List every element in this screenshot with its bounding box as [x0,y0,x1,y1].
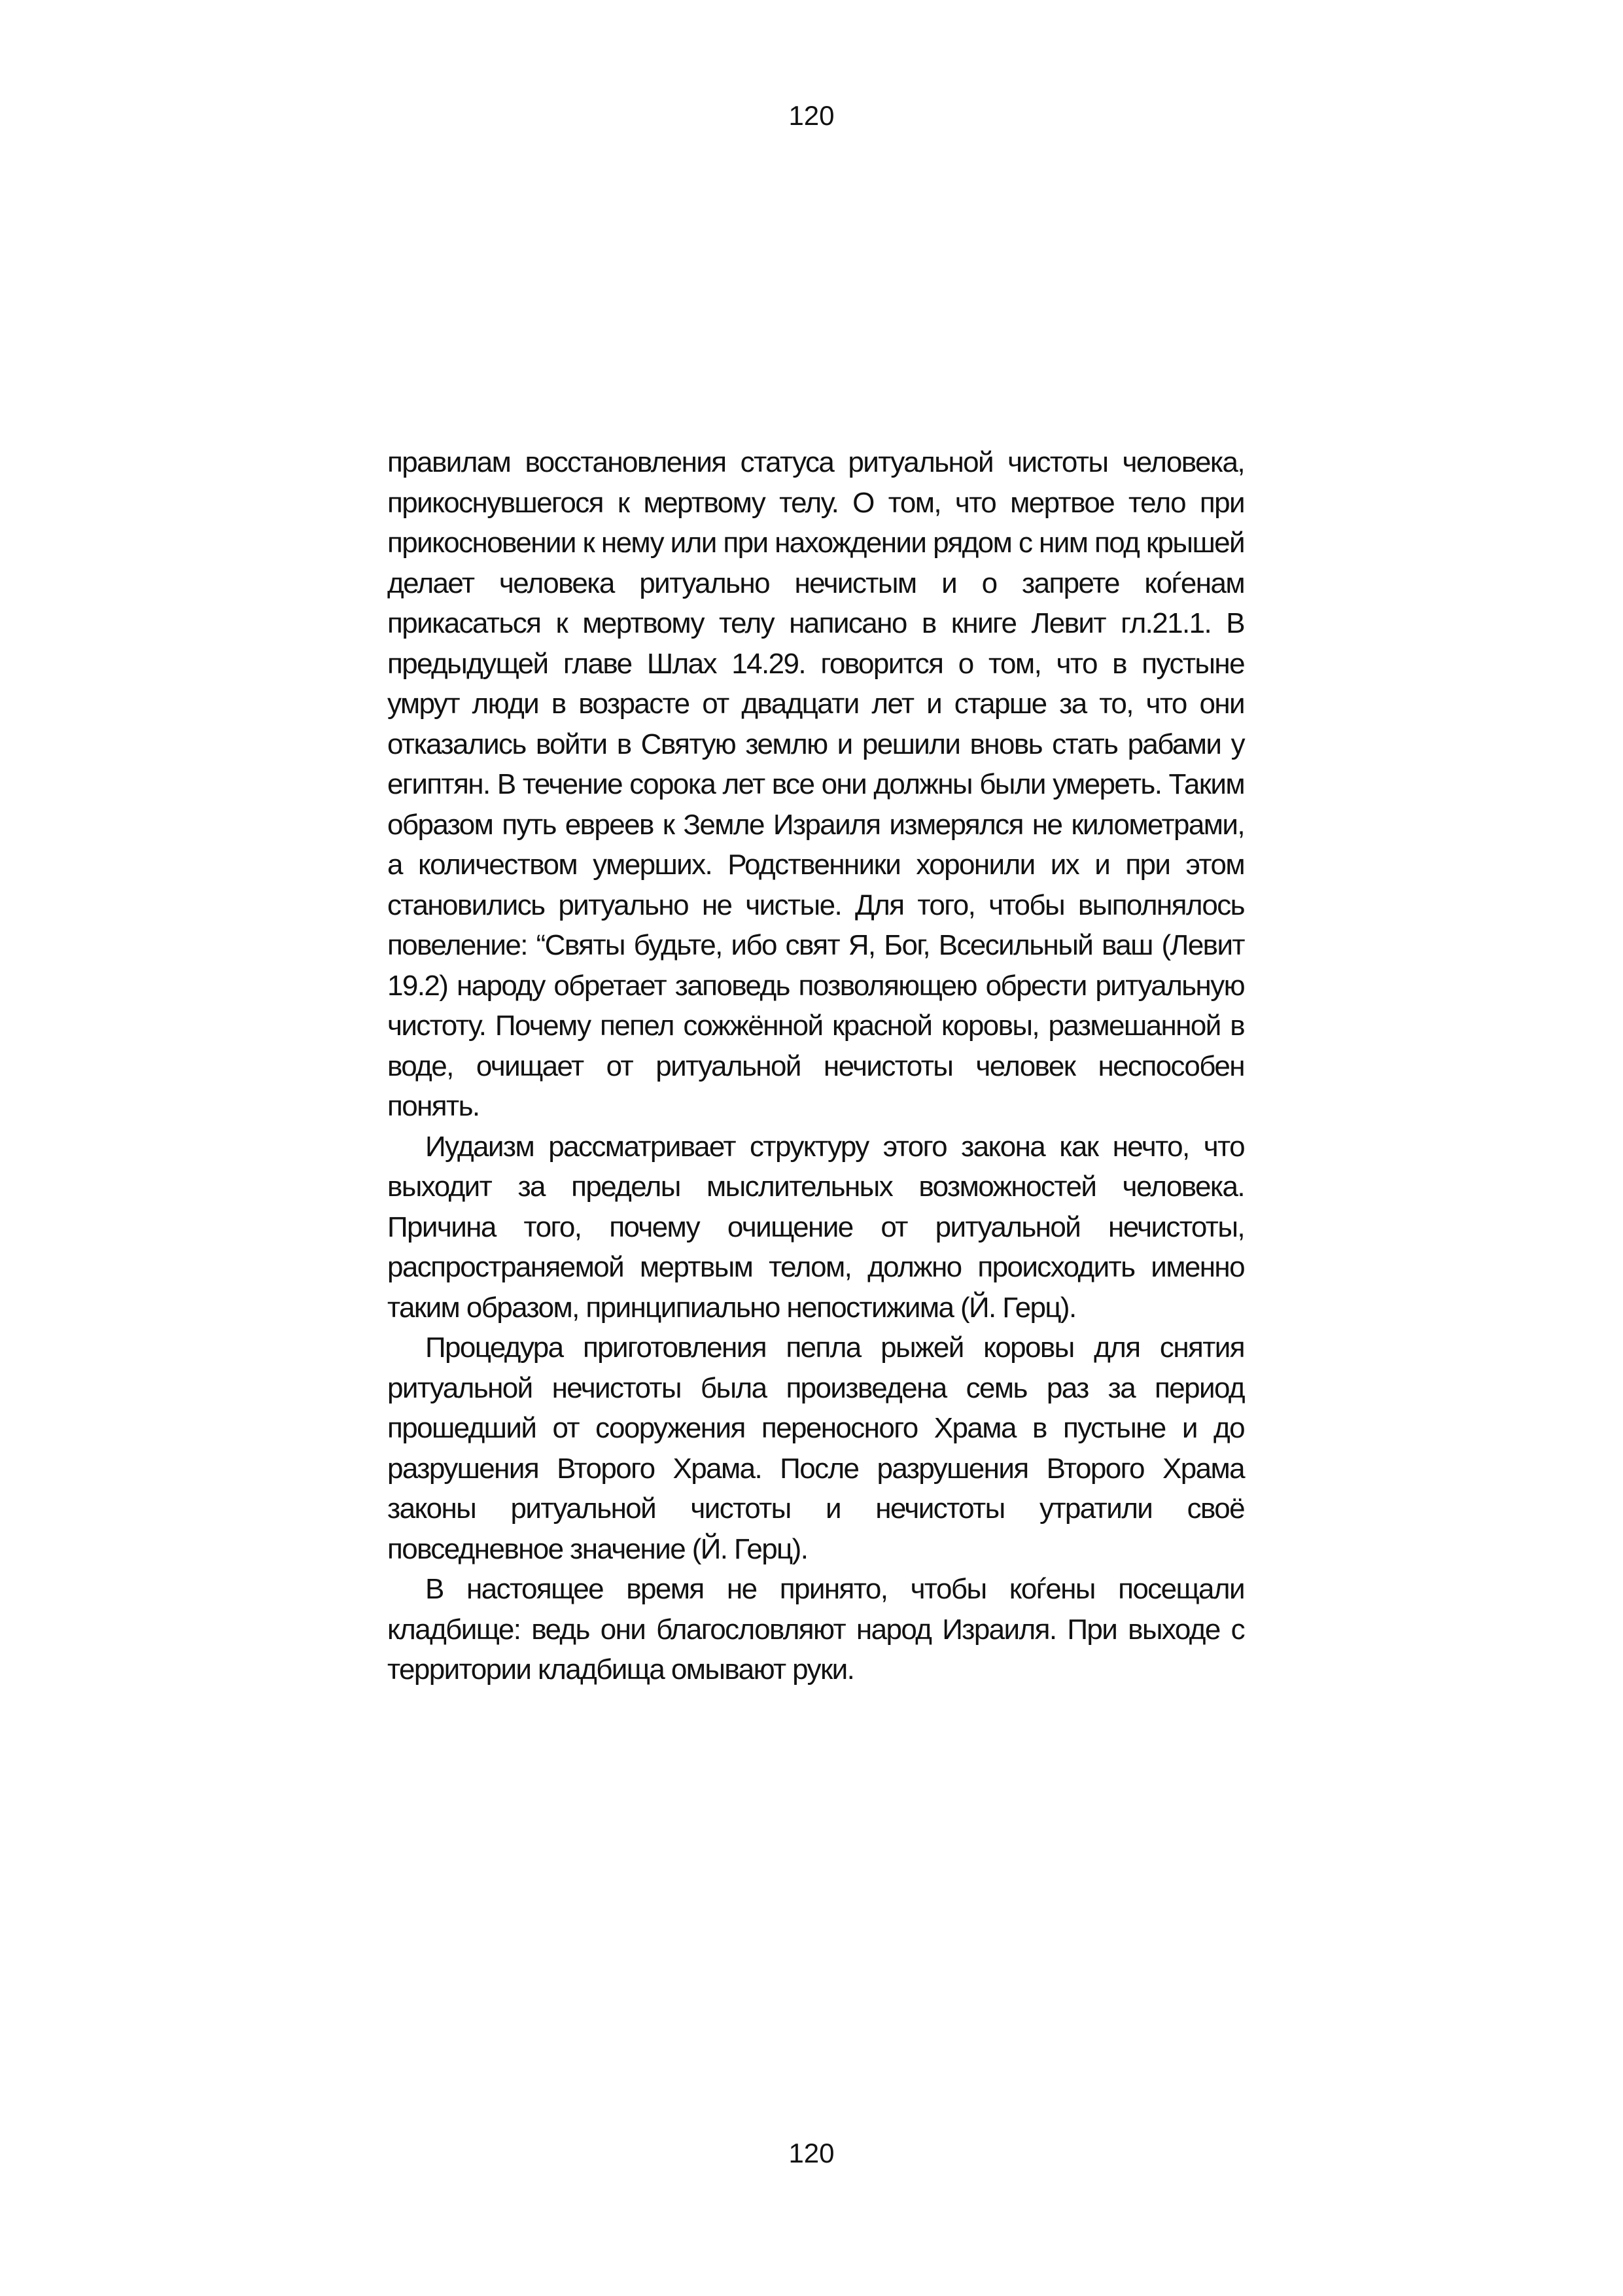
body-text: правилам восстановления статуса ритуальн… [387,442,1244,1690]
paragraph-3: Процедура приготовления пепла рыжей коро… [387,1328,1244,1569]
page-number-bottom: 120 [0,2137,1623,2170]
paragraph-1: правилам восстановления статуса ритуальн… [387,442,1244,1127]
paragraph-2: Иудаизм рассматривает структуру этого за… [387,1127,1244,1328]
paragraph-4: В настоящее время не принято, чтобы коѓе… [387,1569,1244,1690]
page-number-top: 120 [0,99,1623,132]
